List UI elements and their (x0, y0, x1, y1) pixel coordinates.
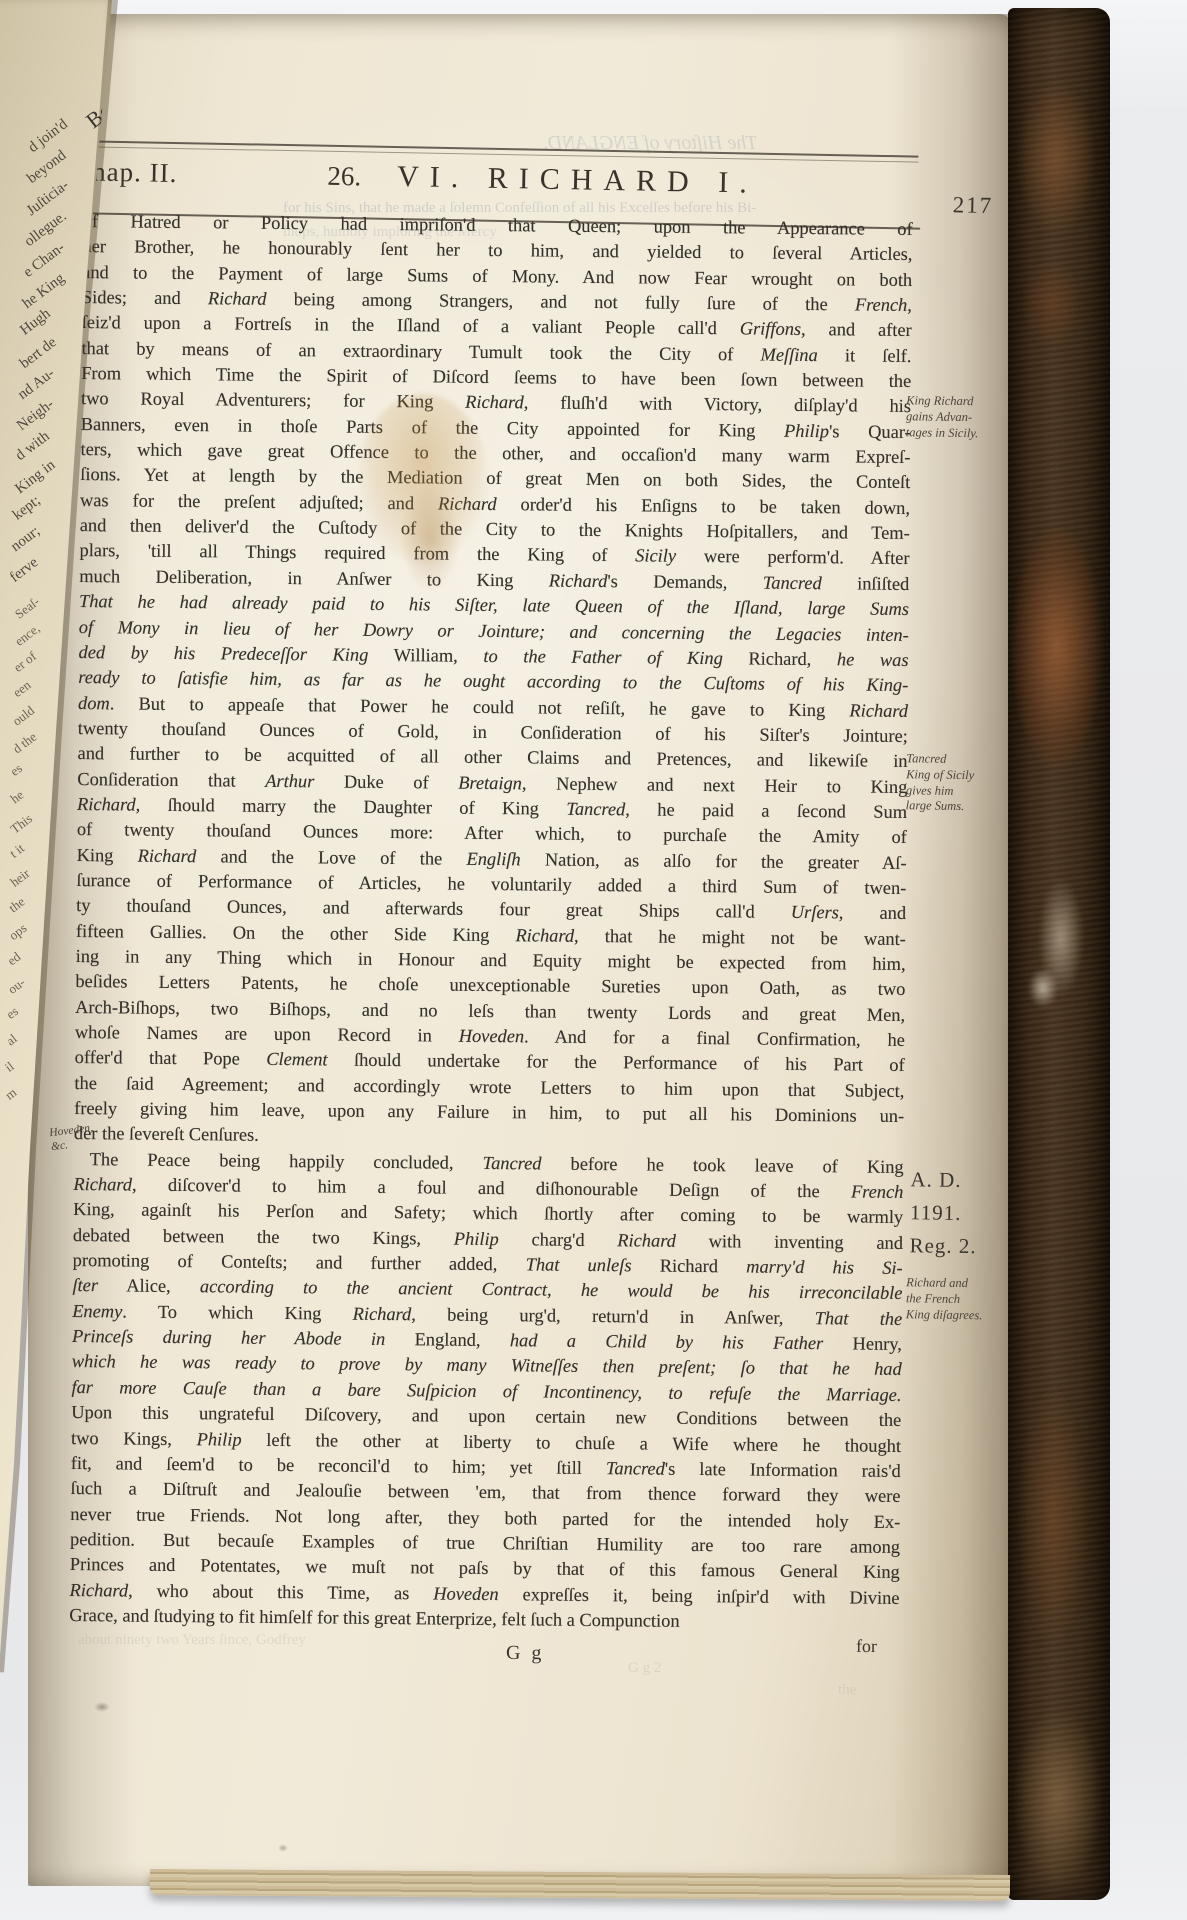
turned-page-text-fragment: ence, (11, 620, 42, 649)
margin-note-richard-sicily: King Richardgains Advan-tages in Sicily. (906, 393, 1017, 442)
turned-page-text-fragment: the (6, 894, 28, 916)
catchword: for (856, 1636, 877, 1657)
turned-page-text-fragment: d the (10, 729, 40, 757)
turned-page-text-fragment: he (7, 787, 26, 807)
bleedthrough-line: G g 2 (628, 1660, 661, 1677)
turned-page-text-fragment: bert de (17, 334, 60, 372)
turned-page-text-fragment: Seaſ- (12, 594, 43, 623)
bleedthrough-line: the (838, 1682, 856, 1699)
stain (278, 1844, 288, 1852)
turned-page-text-fragment: nour; (8, 523, 44, 556)
worn-patch (1018, 1388, 1088, 1648)
turned-page-text-fragment: ferve (7, 554, 42, 586)
book-photo: The Hiſtory of ENGLAND. for his Sins, th… (0, 0, 1187, 1920)
turned-page-text-fragment: er of (11, 648, 40, 675)
section-number: 26. (327, 161, 361, 193)
signature-mark: G g (506, 1642, 545, 1665)
worn-patch (1014, 1708, 1102, 1888)
turned-page-text-fragment: Neigh- (14, 396, 57, 435)
turned-page-text-fragment: al (3, 1031, 20, 1049)
worn-patch (1016, 78, 1096, 238)
body-text: of Hatred or Policy had impriſon'd that … (69, 209, 913, 1636)
turned-page-text-fragment: kept; (9, 493, 43, 525)
turned-page-text-fragment: t it (7, 840, 28, 861)
margin-note-kings-disagree: Richard andthe FrenchKing diſagrees. (906, 1275, 1017, 1324)
worn-patch (1012, 528, 1102, 768)
turned-page-text-fragment: nd Au- (15, 365, 58, 403)
worn-patch (1028, 968, 1058, 1008)
turned-page-text-fragment: This (8, 811, 36, 838)
turned-page-text-fragment: d join'd (25, 116, 71, 157)
page-block-edge (150, 1869, 1010, 1901)
turned-page-text-fragment: m (2, 1085, 20, 1104)
turned-page-text-fragment: es (8, 760, 26, 779)
turned-page-text-fragment: ed (5, 949, 24, 969)
page-title: VI. RICHARD I. (397, 160, 758, 201)
turned-page-text-fragment: il (2, 1058, 17, 1075)
turned-page-text-fragment: ops (6, 920, 30, 944)
margin-note-tancred-sums: TancredKing of Sicilygives himlarge Sums… (906, 751, 1017, 816)
worn-patch (1022, 258, 1082, 348)
turned-page-text-fragment: es (4, 1003, 22, 1022)
book-page: The Hiſtory of ENGLAND. for his Sins, th… (28, 14, 1010, 1886)
page-number: 217 (952, 192, 993, 219)
bleedthrough-line: about ninety two Years ſince, Godfrey (78, 1632, 306, 1649)
book-spine (1008, 8, 1110, 1900)
turned-page-text-fragment: heir (7, 866, 33, 891)
turned-page-text-fragment: ould (10, 703, 38, 730)
margin-note-date: A. D.1191.Reg. 2. (909, 1163, 1020, 1264)
page-header: Chap. II. 26. VI. RICHARD I. 217 (74, 124, 934, 140)
turned-page-text-fragment: King in (12, 457, 59, 498)
turned-page-text-fragment: ou- (5, 974, 28, 997)
turned-page-text-fragment: een (10, 677, 34, 701)
